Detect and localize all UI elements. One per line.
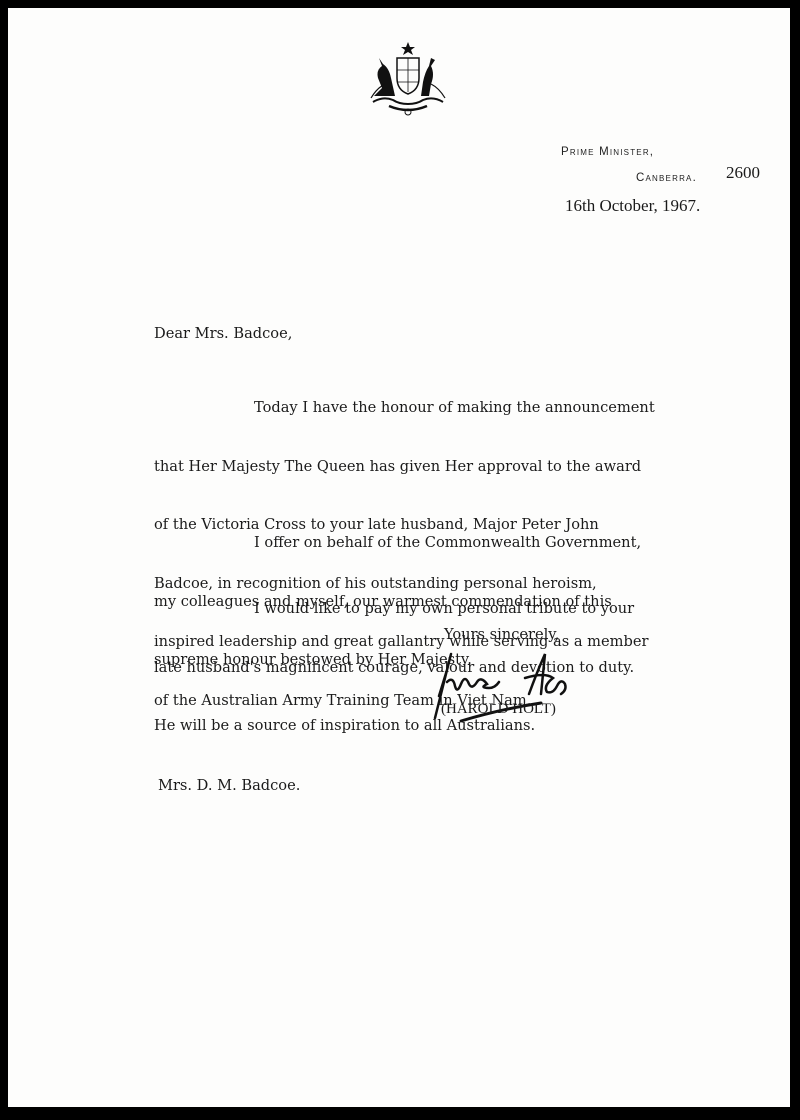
recipient: Mrs. D. M. Badcoe. [158,777,300,794]
paragraph-line: that Her Majesty The Queen has given Her… [154,457,655,477]
salutation: Dear Mrs. Badcoe, [154,324,292,344]
paragraph-line: Today I have the honour of making the an… [154,398,655,418]
letterhead-city: Canberra. [636,172,697,184]
paragraph-line: I would like to pay my own personal trib… [154,599,634,619]
closing: Yours sincerely, [444,626,559,643]
postcode: 2600 [726,163,760,183]
typed-signature-name: (HAROLD HOLT) [441,701,556,718]
letter-date: 16th October, 1967. [565,196,700,216]
coat-of-arms-icon [353,40,463,120]
letterhead-title: Prime Minister, [561,146,654,158]
paragraph-line: I offer on behalf of the Commonwealth Go… [154,533,641,553]
letter-page: Prime Minister, Canberra. 2600 16th Octo… [8,8,790,1107]
